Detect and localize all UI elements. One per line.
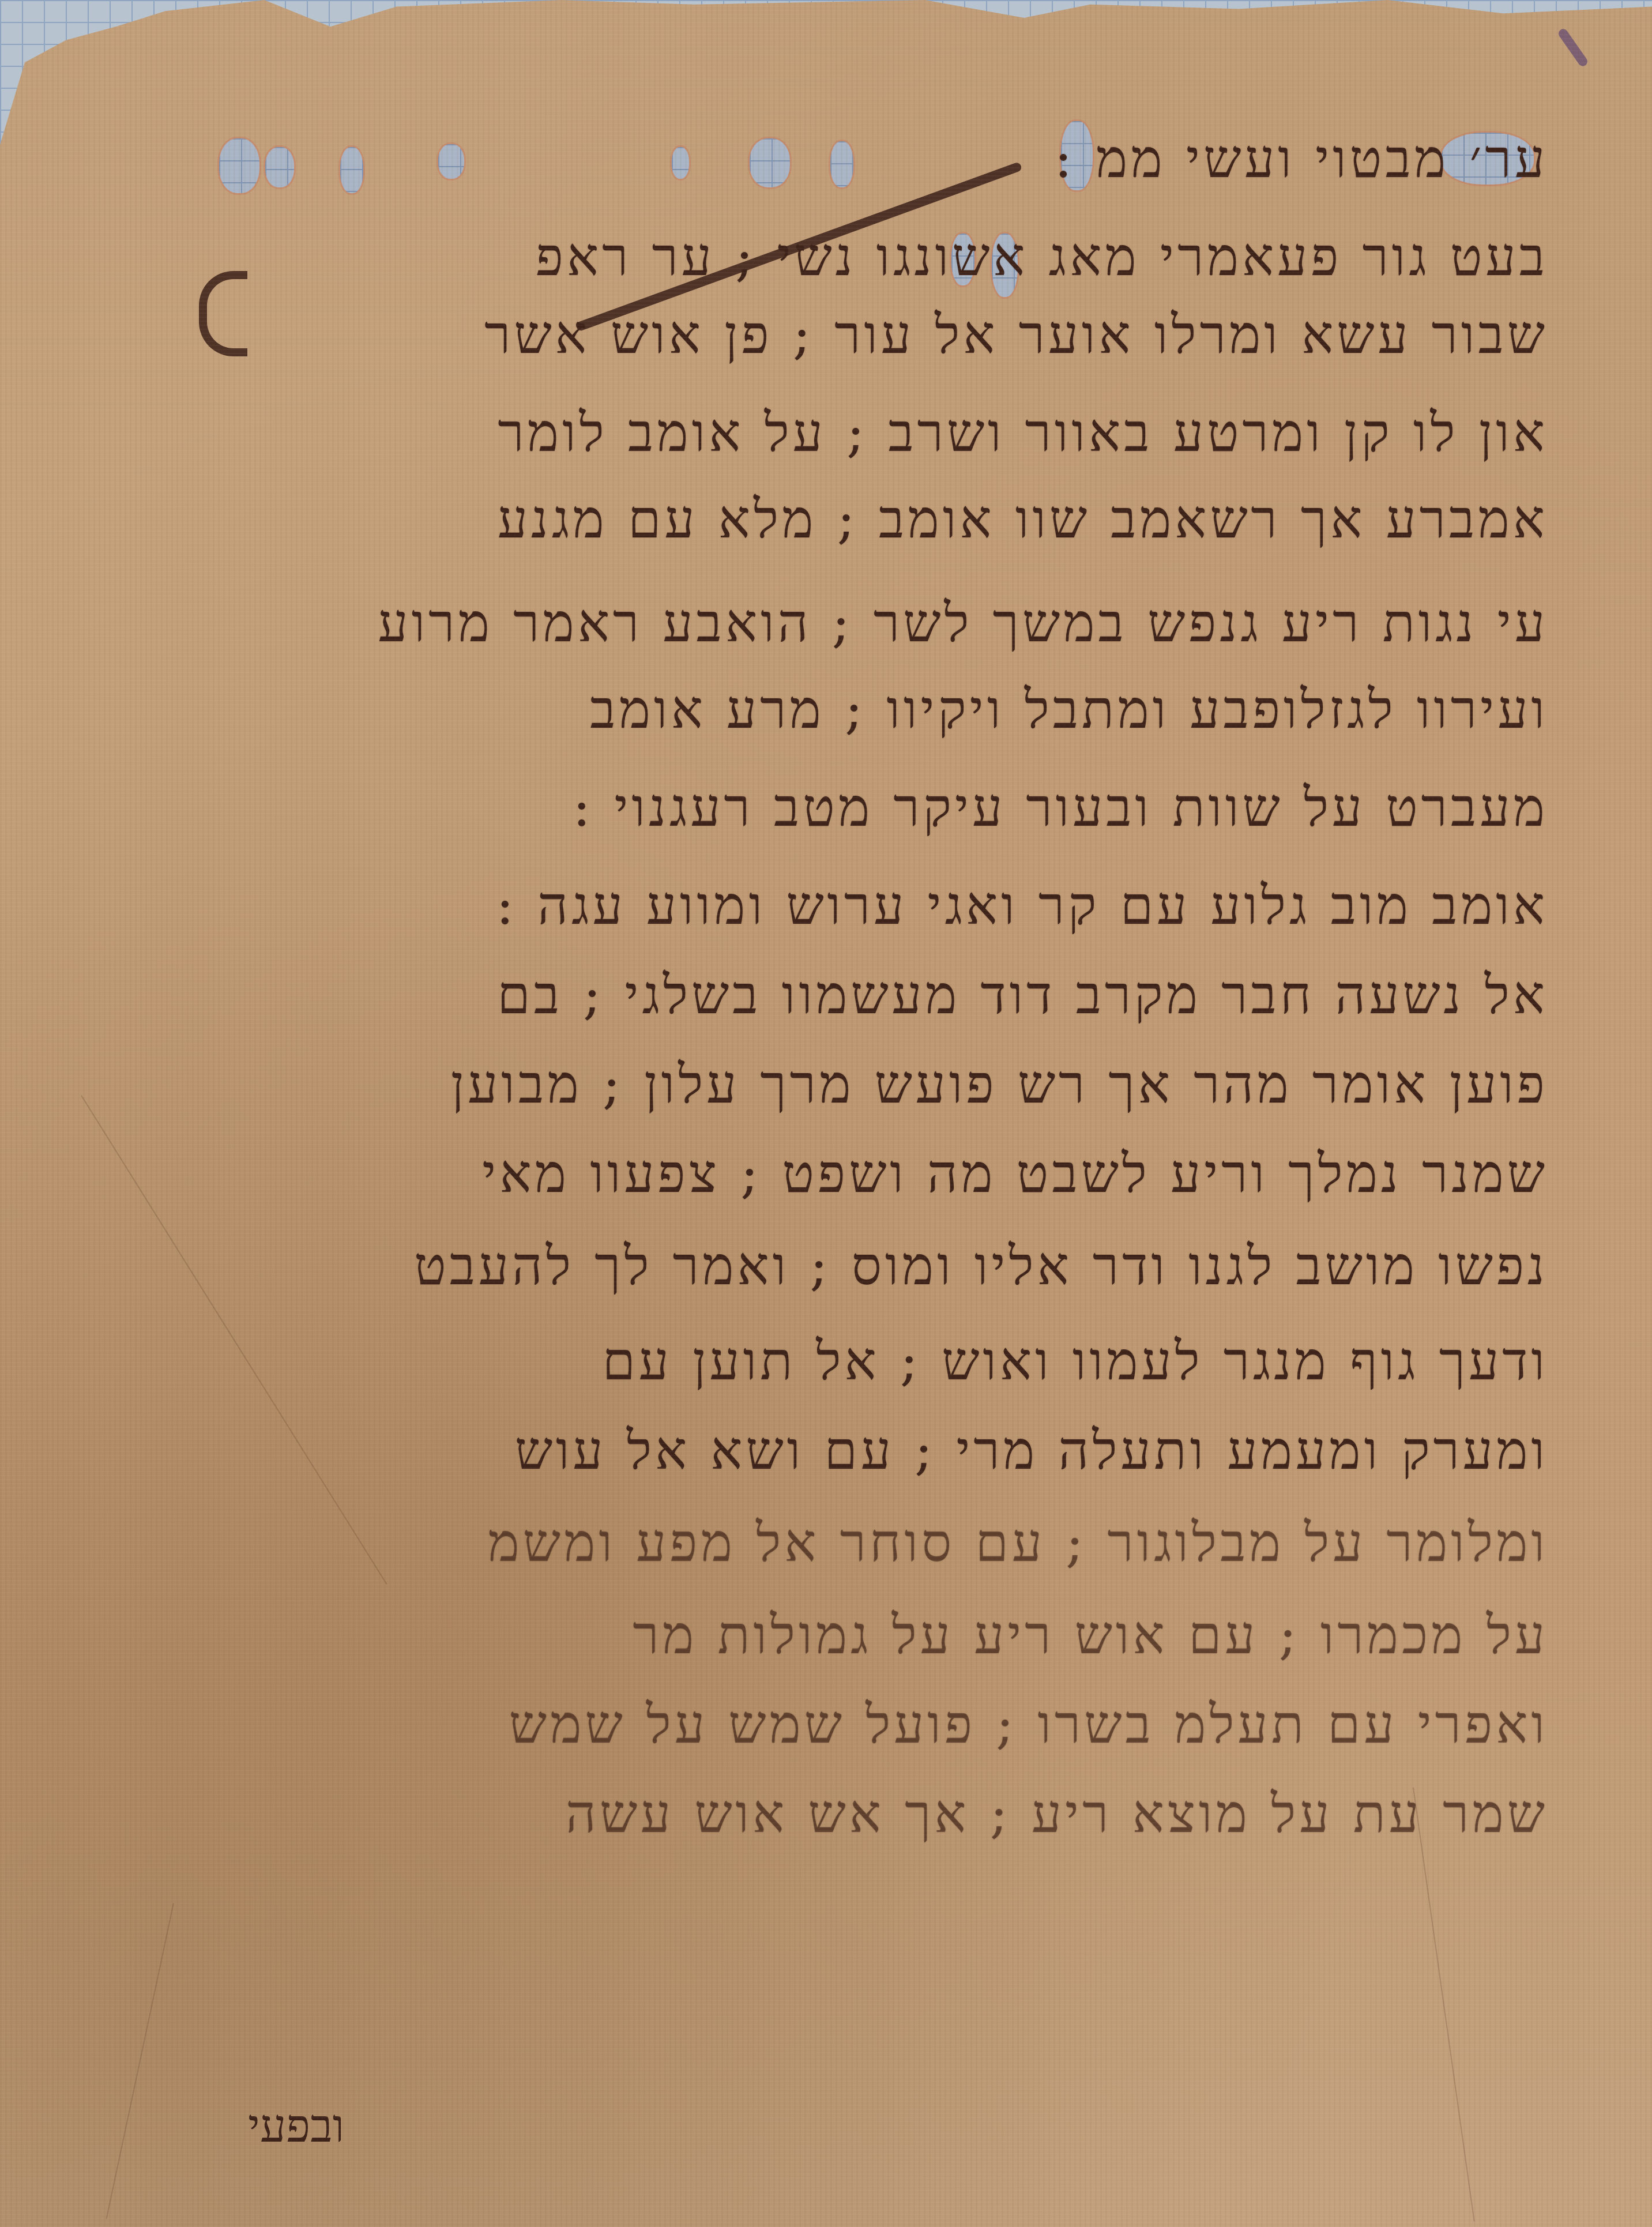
hole-3 [340, 147, 363, 193]
ink-mark [1557, 27, 1589, 68]
manuscript-line-12: שמנר נמלך וריע לשבט מה ושפט ; צפעוו מאי [482, 1148, 1548, 1201]
manuscript-line-9: אומב מוב גלוע עם קר ואגי ערוש ומווע עגה … [496, 879, 1548, 932]
manuscript-line-6: עי נגות ריע גנפש במשך לשר ; הואבע ראמר מ… [378, 597, 1548, 650]
manuscript-line-11: פוען אומר מהר אך רש פועש מרך עלון ; מבוע… [451, 1058, 1548, 1111]
crease-line [1413, 1788, 1475, 2222]
catchword: ובפעי [248, 2099, 344, 2153]
hole-6 [750, 138, 790, 187]
hole-1 [219, 138, 259, 193]
manuscript-line-19: שמר עת על מוצא ריע ; אך אש אוש עשה [566, 1788, 1548, 1841]
manuscript-line-1: ער׳ מבטוי ועשי ממ : [1054, 133, 1548, 186]
manuscript-line-17: על מכמרו ; עם אוש ריע על גמולות מר [633, 1609, 1548, 1662]
hole-7 [830, 141, 853, 187]
manuscript-line-2: בעט גור פעאמרי מאג אשונגו נשי ; ער ראפ [536, 231, 1548, 284]
manuscript-line-15: ומערק ומעמע ותעלה מרי ; עם ושא אל עוש [515, 1424, 1548, 1477]
manuscript-line-18: ואפרי עם תעלמ בשרו ; פועל שמש על שמש [509, 1698, 1548, 1751]
manuscript-line-3: שבור עשא ומרלו אוער אל עור ; פן אוש אשר [484, 309, 1548, 362]
hole-2 [265, 147, 294, 187]
manuscript-line-13: נפשו מושב לגנו ודר אליו ומוס ; ואמר לך ל… [414, 1240, 1548, 1293]
crease-line [106, 1903, 174, 2219]
manuscript-line-4: און לו קן ומרטע באוור ושרב ; על אומב לומ… [498, 407, 1548, 460]
marginal-curl-stroke [199, 271, 247, 356]
manuscript-leaf: ער׳ מבטוי ועשי ממ : בעט גור פעאמרי מאג א… [0, 0, 1652, 2227]
manuscript-line-14: ודעך גוף מנגר לעמוו ואוש ; אל תוען עם [602, 1335, 1548, 1388]
hole-4 [438, 144, 464, 179]
crease-line [81, 1095, 387, 1585]
manuscript-line-5: אמברע אך רשאמב שוו אומב ; מלא עם מגנע [498, 493, 1548, 546]
hole-5 [672, 147, 689, 179]
manuscript-line-16: ומלומר על מבלוגור ; עם סוחר אל מפע ומשמ [488, 1517, 1548, 1570]
manuscript-line-8: מעברט על שוות ובעור עיקר מטב רעגנוי : [573, 781, 1548, 834]
manuscript-line-7: ועירוו לגזלופבע ומתבל ויקיוו ; מרע אומב [590, 683, 1548, 736]
manuscript-line-10: אל נשעה חבר מקרב דוד מעשמוו בשלגי ; בם [497, 969, 1548, 1022]
